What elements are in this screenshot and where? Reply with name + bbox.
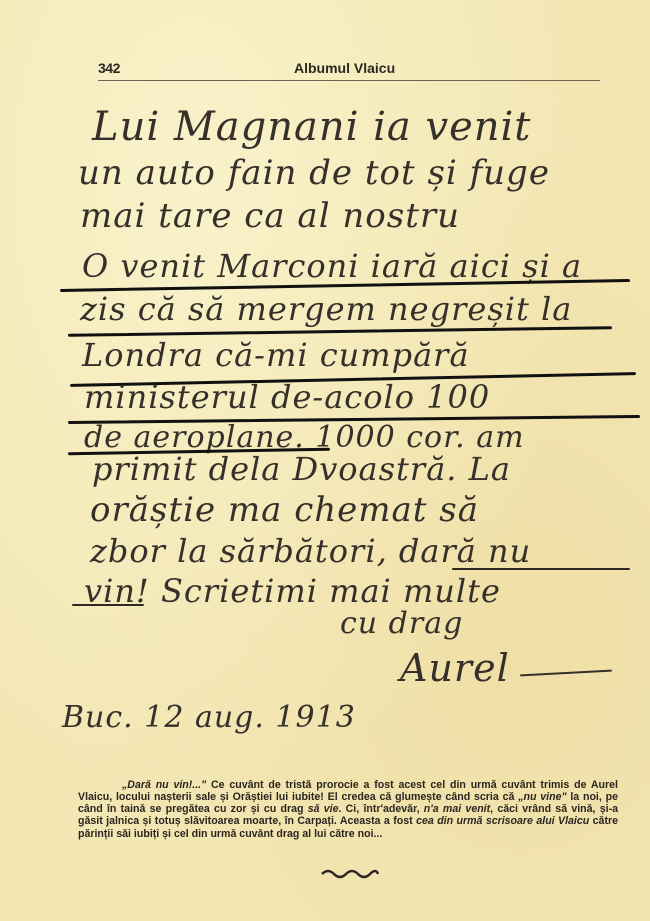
letter-line: vin! Scrietimi mai multe: [84, 572, 501, 610]
caption-text: . Ci, într'adevăr,: [338, 803, 423, 815]
letter-line: ministerul de-acolo 100: [84, 378, 490, 416]
letter-line: un auto fain de tot și fuge: [78, 153, 550, 193]
letter-line: Lui Magnani ia venit: [92, 104, 531, 150]
date-line: Buc. 12 aug. 1913: [62, 700, 356, 735]
letter-line: orăștie ma chemat să: [90, 490, 479, 530]
letter-line: mai tare ca al nostru: [80, 196, 460, 236]
letter-line: O venit Marconi iară aici și a: [82, 247, 582, 285]
caption-emphasis: „nu vine": [518, 791, 566, 803]
letter-line: cu drag: [340, 606, 463, 641]
handwritten-letter: Lui Magnani ia venit un auto fain de tot…: [0, 0, 650, 740]
letter-line: zbor la sărbători, dară nu: [90, 532, 531, 570]
underline: [72, 604, 144, 606]
letter-line: primit dela Dvoastră. La: [92, 450, 511, 488]
caption-quote: „Dară nu vin!...": [122, 779, 206, 791]
caption-emphasis: cea din urmă scrisoare alui Vlaicu: [416, 815, 589, 827]
letter-line: Londra că-mi cumpără: [82, 336, 470, 374]
caption-emphasis: să vie: [308, 803, 339, 815]
underline: [452, 568, 630, 570]
book-page: 342 Albumul Vlaicu Lui Magnani ia venit …: [0, 0, 650, 921]
signature: Aurel: [400, 646, 510, 690]
tilde-ornament-icon: [320, 866, 380, 880]
caption-paragraph: „Dară nu vin!..." Ce cuvânt de tristă pr…: [78, 779, 618, 840]
signature-flourish: [520, 670, 612, 677]
letter-line: zis că să mergem negreșit la: [80, 290, 572, 328]
caption-emphasis: n'a mai venit: [424, 803, 490, 815]
